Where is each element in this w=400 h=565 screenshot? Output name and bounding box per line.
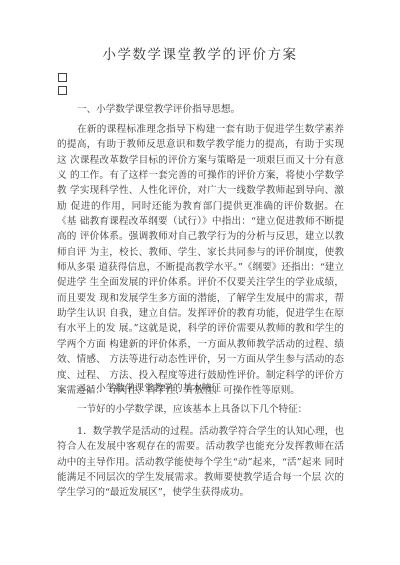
checkbox-icon bbox=[58, 86, 67, 95]
section-2-point-1: 1．数学教学是活动的过程。活动教学符合学生的认知心理，也 符合人在发展中客观存在… bbox=[57, 424, 344, 501]
section-2-intro: 一节好的小学数学课，应该基本上具备以下几个特征： bbox=[57, 402, 344, 417]
paragraph: 1．数学教学是活动的过程。活动教学符合学生的认知心理，也 符合人在发展中客观存在… bbox=[57, 424, 344, 501]
section-1-body: 在新的课程标准理念指导下构建一套有助于促进学生数学素养的提高，有助于教师反思意识… bbox=[57, 122, 344, 398]
section-heading-2: 二、小学数学课堂教学的基本特征 bbox=[77, 380, 221, 394]
section-heading-1: 一、小学数学课堂教学评价指导思想。 bbox=[77, 101, 240, 115]
checkbox-icon bbox=[58, 73, 67, 82]
document-title: 小学数学课堂教学的评价方案 bbox=[0, 43, 400, 63]
paragraph: 一节好的小学数学课，应该基本上具备以下几个特征： bbox=[57, 402, 344, 417]
document-page: 小学数学课堂教学的评价方案 一、小学数学课堂教学评价指导思想。 在新的课程标准理… bbox=[0, 0, 400, 565]
paragraph: 在新的课程标准理念指导下构建一套有助于促进学生数学素养的提高，有助于教师反思意识… bbox=[57, 122, 344, 398]
